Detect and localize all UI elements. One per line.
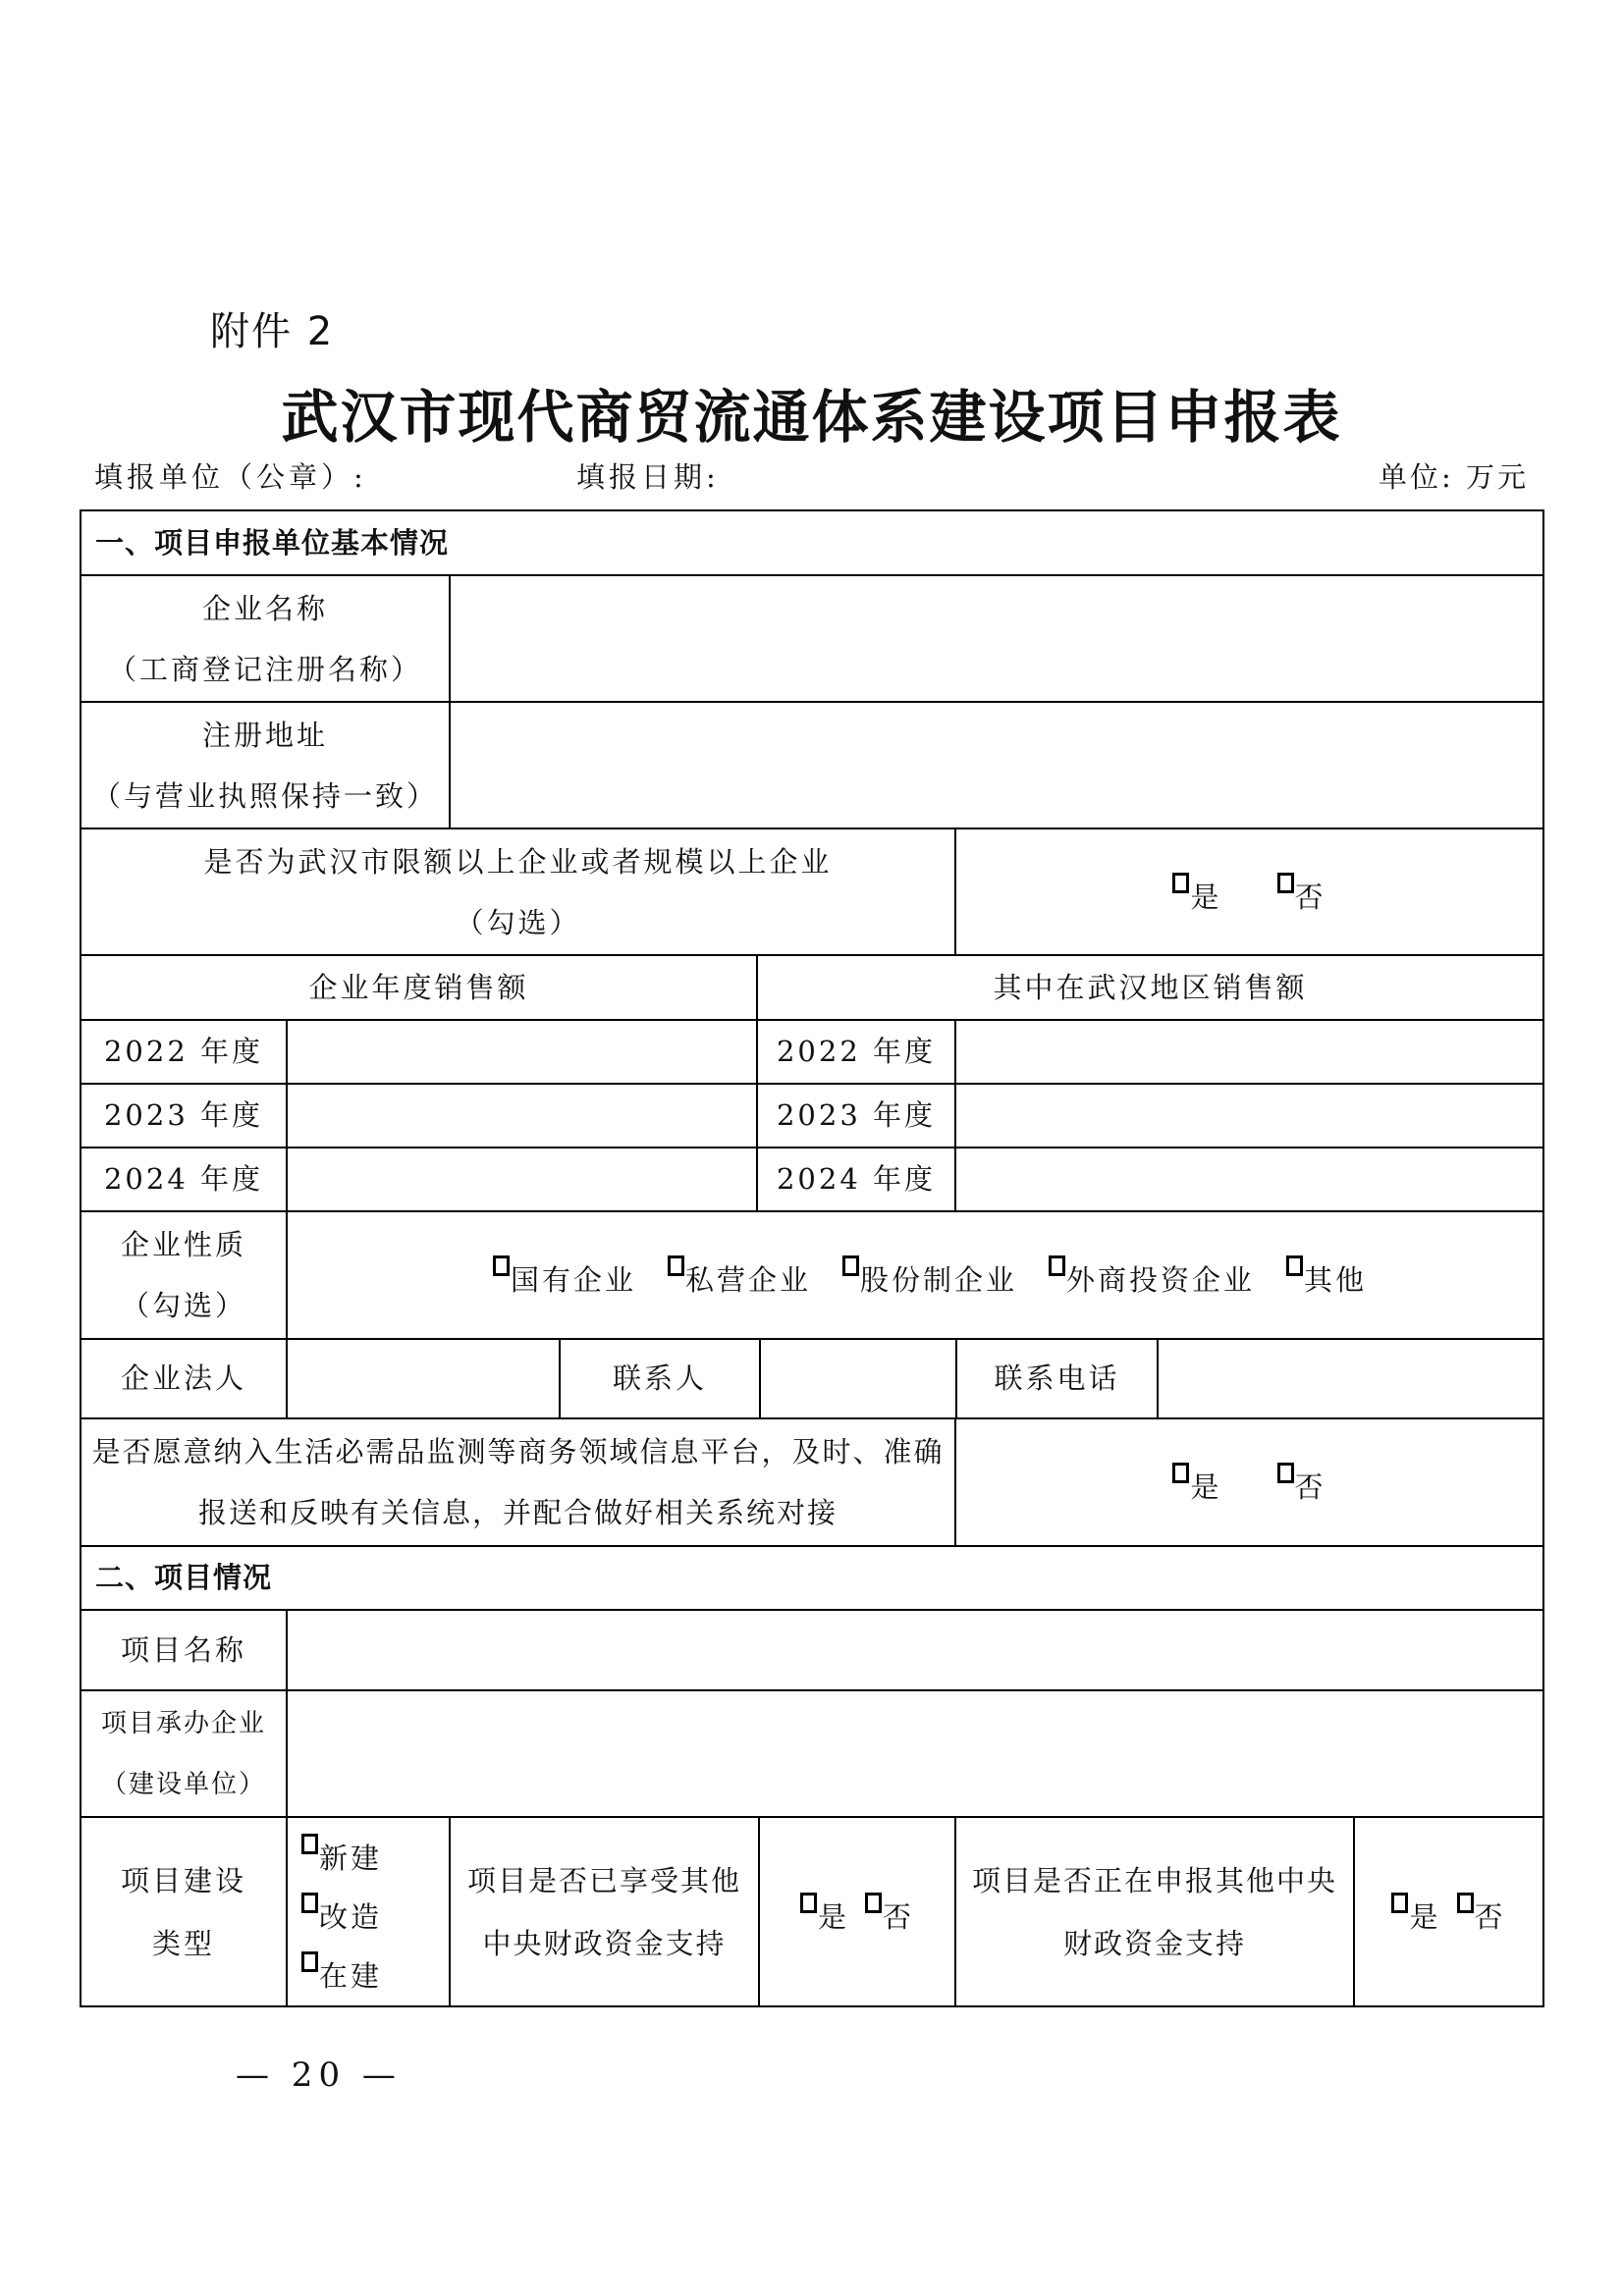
checkbox-icon[interactable] <box>1391 1893 1408 1913</box>
enjoyed-funding-question: 项目是否已享受其他 中央财政资金支持 <box>449 1816 760 2007</box>
legal-rep-field[interactable] <box>286 1338 561 1419</box>
checkbox-icon[interactable] <box>301 1893 318 1913</box>
applying-funding-question: 项目是否正在申报其他中央 财政资金支持 <box>954 1816 1355 2007</box>
company-nature-options: 国有企业 私营企业 股份制企业 外商投资企业 其他 <box>286 1210 1544 1340</box>
annual-sales-2022-field[interactable] <box>286 1019 758 1085</box>
filler-unit-label: 填报单位（公章）: <box>94 455 367 496</box>
annual-sales-2023-field[interactable] <box>286 1083 758 1148</box>
applying-funding-options: 是 否 <box>1353 1816 1544 2007</box>
legal-rep-label: 企业法人 <box>80 1338 288 1419</box>
nature-line1: 企业性质 <box>121 1214 246 1275</box>
checkbox-icon[interactable] <box>865 1893 882 1913</box>
above-scale-options: 是 否 <box>954 828 1544 956</box>
undertaker-line2: （建设单位） <box>101 1754 266 1815</box>
attachment-label: 附件 2 <box>210 300 334 356</box>
undertaker-line1: 项目承办企业 <box>101 1693 266 1754</box>
checkbox-icon[interactable] <box>1457 1893 1474 1913</box>
company-name-line2: （工商登记注册名称） <box>108 639 422 700</box>
option-label: 在建 <box>319 1959 382 1993</box>
contact-field[interactable] <box>759 1338 957 1419</box>
option-label: 是 <box>818 1900 849 1934</box>
above-scale-line2: （勾选） <box>455 892 580 953</box>
phone-field[interactable] <box>1157 1338 1544 1419</box>
undertaker-label: 项目承办企业 （建设单位） <box>80 1689 288 1818</box>
option-label: 否 <box>1295 1470 1326 1504</box>
enjoyed-no-option[interactable]: 否 <box>865 1891 914 1934</box>
section1-heading: 一、项目申报单位基本情况 <box>80 509 1544 576</box>
option-label: 新建 <box>319 1842 382 1875</box>
reg-address-field[interactable] <box>449 701 1544 829</box>
sales-year-2024: 2024 年度 <box>80 1147 288 1212</box>
build-type-new[interactable]: 新建 <box>301 1832 382 1875</box>
build-type-label: 项目建设 类型 <box>80 1816 288 2007</box>
above-scale-label: 是否为武汉市限额以上企业或者规模以上企业 （勾选） <box>80 828 956 956</box>
option-label: 是 <box>1409 1900 1440 1934</box>
nature-line2: （勾选） <box>121 1275 246 1336</box>
option-label: 否 <box>1295 881 1326 914</box>
platform-question: 是否愿意纳入生活必需品监测等商务领域信息平台，及时、准确 报送和反映有关信息，并… <box>80 1417 956 1547</box>
build-type-renovation[interactable]: 改造 <box>301 1891 382 1934</box>
platform-no-option[interactable]: 否 <box>1277 1461 1326 1504</box>
project-name-field[interactable] <box>286 1609 1544 1691</box>
build-type-options: 新建 改造 在建 <box>286 1816 451 2007</box>
phone-label: 联系电话 <box>955 1338 1159 1419</box>
option-label: 外商投资企业 <box>1066 1263 1255 1297</box>
build-type-line1: 项目建设 <box>121 1849 246 1912</box>
nature-option-joint-stock[interactable]: 股份制企业 <box>842 1254 1017 1297</box>
project-name-label: 项目名称 <box>80 1609 288 1691</box>
wuhan-sales-year-2023: 2023 年度 <box>756 1083 956 1148</box>
reg-address-line2: （与营业执照保持一致） <box>92 766 438 827</box>
option-label: 股份制企业 <box>860 1263 1017 1297</box>
applying-no-option[interactable]: 否 <box>1457 1891 1506 1934</box>
section2-heading: 二、项目情况 <box>80 1545 1544 1611</box>
checkbox-icon[interactable] <box>800 1893 817 1913</box>
platform-line1: 是否愿意纳入生活必需品监测等商务领域信息平台，及时、准确 <box>91 1421 944 1482</box>
platform-yes-option[interactable]: 是 <box>1172 1461 1221 1504</box>
sales-year-2023: 2023 年度 <box>80 1083 288 1148</box>
above-scale-no-option[interactable]: 否 <box>1277 871 1326 914</box>
enjoyed-yes-option[interactable]: 是 <box>800 1891 849 1934</box>
annual-sales-2024-field[interactable] <box>286 1147 758 1212</box>
checkbox-icon[interactable] <box>1049 1255 1065 1276</box>
form-title: 武汉市现代商贸流通体系建设项目申报表 <box>0 371 1623 454</box>
nature-option-foreign[interactable]: 外商投资企业 <box>1049 1254 1255 1297</box>
annual-sales-header: 企业年度销售额 <box>80 954 758 1021</box>
checkbox-icon[interactable] <box>1172 873 1189 893</box>
wuhan-sales-2023-field[interactable] <box>954 1083 1544 1148</box>
nature-option-private[interactable]: 私营企业 <box>668 1254 811 1297</box>
checkbox-icon[interactable] <box>1172 1463 1189 1483</box>
option-label: 否 <box>883 1900 914 1934</box>
undertaker-field[interactable] <box>286 1689 1544 1818</box>
applying-yes-option[interactable]: 是 <box>1391 1891 1440 1934</box>
checkbox-icon[interactable] <box>1277 1463 1294 1483</box>
checkbox-icon[interactable] <box>1286 1255 1303 1276</box>
fill-date-label: 填报日期: <box>576 455 720 496</box>
nature-option-other[interactable]: 其他 <box>1286 1254 1367 1297</box>
platform-line2: 报送和反映有关信息，并配合做好相关系统对接 <box>198 1482 838 1543</box>
checkbox-icon[interactable] <box>301 1951 318 1972</box>
enjoyed-line1: 项目是否已享受其他 <box>467 1849 741 1912</box>
checkbox-icon[interactable] <box>301 1834 318 1854</box>
nature-option-state-owned[interactable]: 国有企业 <box>493 1254 636 1297</box>
checkbox-icon[interactable] <box>493 1255 510 1276</box>
enjoyed-line2: 中央财政资金支持 <box>482 1912 726 1975</box>
reg-address-line1: 注册地址 <box>202 705 328 766</box>
applying-line1: 项目是否正在申报其他中央 <box>972 1849 1337 1912</box>
company-name-line1: 企业名称 <box>202 578 328 639</box>
option-label: 否 <box>1475 1900 1506 1934</box>
option-label: 改造 <box>319 1900 382 1934</box>
reg-address-label: 注册地址 （与营业执照保持一致） <box>80 701 451 829</box>
unit-label: 单位: 万元 <box>1379 455 1529 496</box>
option-label: 其他 <box>1304 1263 1367 1297</box>
option-label: 国有企业 <box>511 1263 636 1297</box>
page-number: — 20 — <box>236 2056 402 2095</box>
platform-options: 是 否 <box>954 1417 1544 1547</box>
build-type-under-construction[interactable]: 在建 <box>301 1949 382 1993</box>
wuhan-sales-year-2024: 2024 年度 <box>756 1147 956 1212</box>
checkbox-icon[interactable] <box>1277 873 1294 893</box>
checkbox-icon[interactable] <box>842 1255 859 1276</box>
build-type-line2: 类型 <box>152 1912 215 1975</box>
wuhan-sales-2024-field[interactable] <box>954 1147 1544 1212</box>
option-label: 是 <box>1190 1470 1221 1504</box>
company-name-field[interactable] <box>449 574 1544 703</box>
applying-line2: 财政资金支持 <box>1063 1912 1246 1975</box>
enjoyed-funding-options: 是 否 <box>758 1816 956 2007</box>
sales-year-2022: 2022 年度 <box>80 1019 288 1085</box>
contact-label: 联系人 <box>559 1338 761 1419</box>
wuhan-sales-2022-field[interactable] <box>954 1019 1544 1085</box>
wuhan-sales-year-2022: 2022 年度 <box>756 1019 956 1085</box>
option-label: 私营企业 <box>685 1263 811 1297</box>
above-scale-line1: 是否为武汉市限额以上企业或者规模以上企业 <box>203 831 832 892</box>
company-name-label: 企业名称 （工商登记注册名称） <box>80 574 451 703</box>
company-nature-label: 企业性质 （勾选） <box>80 1210 288 1340</box>
wuhan-sales-header: 其中在武汉地区销售额 <box>756 954 1544 1021</box>
above-scale-yes-option[interactable]: 是 <box>1172 871 1221 914</box>
checkbox-icon[interactable] <box>668 1255 684 1276</box>
option-label: 是 <box>1190 881 1221 914</box>
